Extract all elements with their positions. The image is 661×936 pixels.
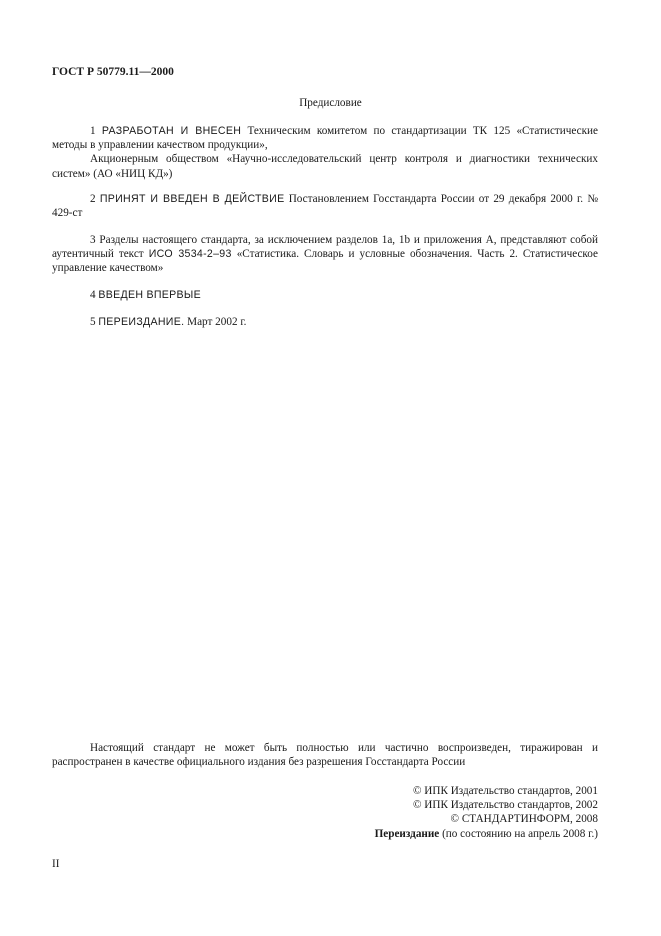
item-number: 5 xyxy=(90,316,96,328)
page-number: II xyxy=(52,858,59,870)
item-caps: ВВЕДЕН ВПЕРВЫЕ xyxy=(98,289,201,301)
item-text: Март 2002 г. xyxy=(184,316,246,328)
item-caps: ИСО 3534-2–93 xyxy=(149,248,232,260)
reissue-text: (по состоянию на апрель 2008 г.) xyxy=(439,828,598,840)
copyright-line: © ИПК Издательство стандартов, 2001 xyxy=(375,784,598,798)
copyright-line: © СТАНДАРТИНФОРМ, 2008 xyxy=(375,812,598,826)
copyright-block: © ИПК Издательство стандартов, 2001 © ИП… xyxy=(375,784,598,841)
section-title: Предисловие xyxy=(0,97,661,109)
reissue-label: Переиздание xyxy=(375,828,440,840)
foreword-item-3: 3 Разделы настоящего стандарта, за исклю… xyxy=(52,233,598,276)
item-number: 2 xyxy=(90,193,96,205)
foreword-item-1: 1 РАЗРАБОТАН И ВНЕСЕН Техническим комите… xyxy=(52,124,598,181)
item-number: 1 xyxy=(90,125,96,137)
foreword-item-2: 2 ПРИНЯТ И ВВЕДЕН В ДЕЙСТВИЕ Постановлен… xyxy=(52,192,598,220)
item-number: 4 xyxy=(90,289,96,301)
reissue-line: Переиздание (по состоянию на апрель 2008… xyxy=(375,827,598,841)
item-caps: РАЗРАБОТАН И ВНЕСЕН xyxy=(102,125,241,137)
item-caps: ПЕРЕИЗДАНИЕ. xyxy=(98,316,184,328)
foreword-item-5: 5 ПЕРЕИЗДАНИЕ. Март 2002 г. xyxy=(52,315,598,329)
item-text-continued: Акционерным обществом «Научно-исследоват… xyxy=(52,152,598,180)
foreword-item-4: 4 ВВЕДЕН ВПЕРВЫЕ xyxy=(52,288,598,302)
copyright-line: © ИПК Издательство стандартов, 2002 xyxy=(375,798,598,812)
reproduction-notice: Настоящий стандарт не может быть полност… xyxy=(52,741,598,769)
document-code: ГОСТ Р 50779.11—2000 xyxy=(52,66,174,78)
item-caps: ПРИНЯТ И ВВЕДЕН В ДЕЙСТВИЕ xyxy=(100,193,285,205)
item-number: 3 xyxy=(90,234,96,246)
